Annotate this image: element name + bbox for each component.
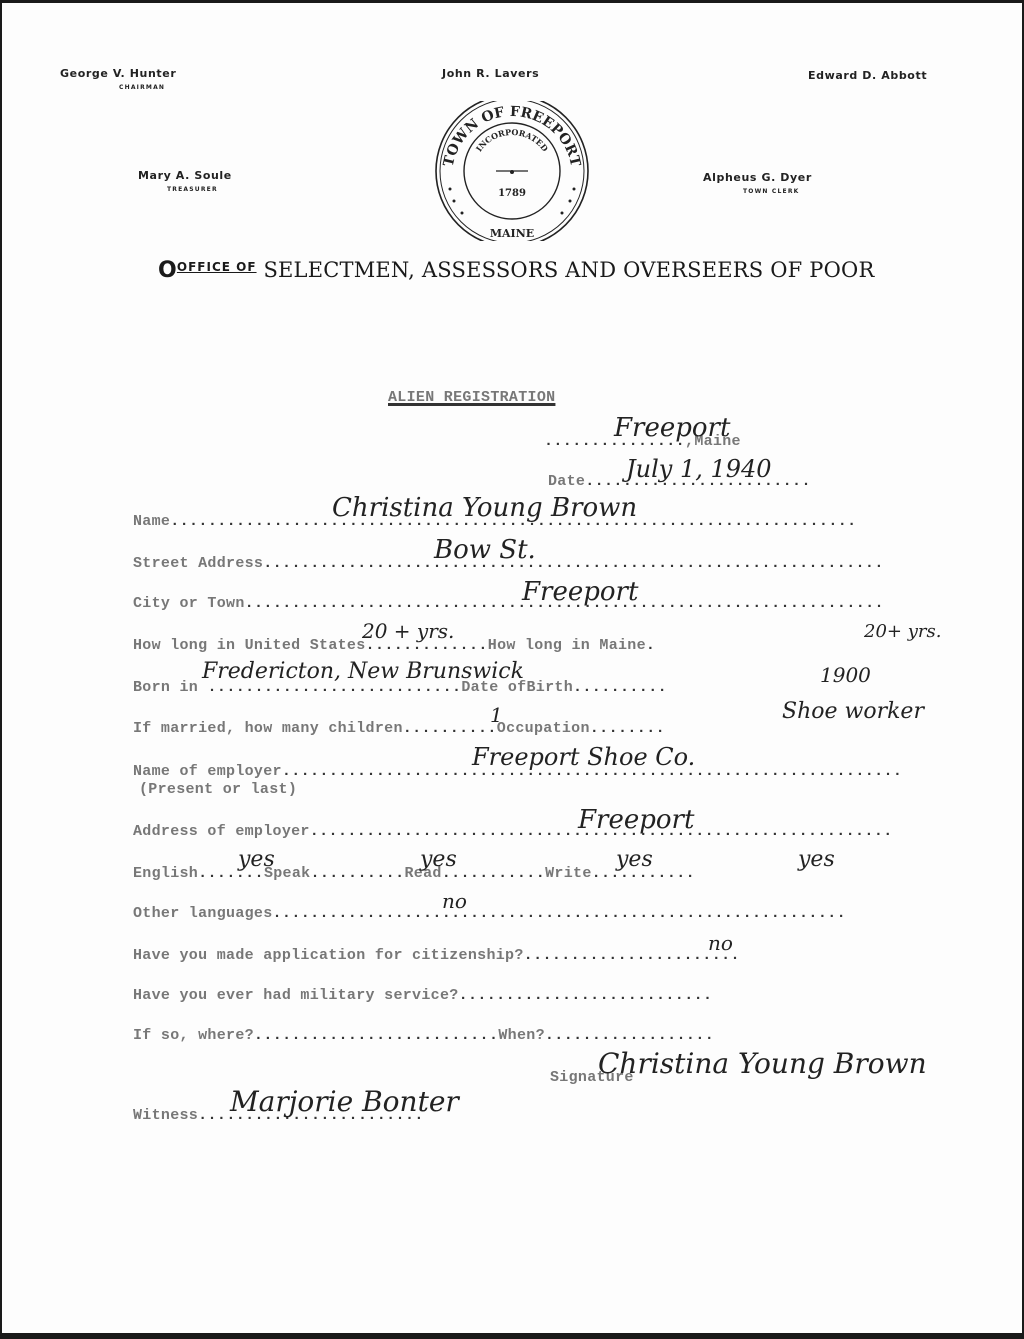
read-value: yes: [616, 847, 653, 872]
officer-title-town-clerk: Town Clerk: [743, 188, 800, 195]
employer-value: Freeport Shoe Co.: [472, 743, 695, 771]
how-long-maine-value: 20+ yrs.: [864, 621, 941, 642]
field-employer-address: Address of employer.....................…: [133, 823, 893, 840]
officer-title-chairman: Chairman: [119, 84, 165, 91]
officer-name-town-clerk: Alpheus G. Dyer: [703, 171, 812, 184]
field-military: Have you ever had military service?.....…: [133, 987, 712, 1004]
officer-name-treasurer: Mary A. Soule: [138, 169, 232, 182]
speak-value: yes: [420, 847, 457, 872]
officer-name-abbott: Edward D. Abbott: [808, 69, 927, 82]
field-children-occupation: If married, how many children..........O…: [133, 720, 665, 737]
other-languages-value: no: [442, 889, 467, 913]
citizenship-value: no: [708, 931, 733, 955]
city-value: Freeport: [522, 577, 638, 607]
field-other-languages: Other languages.........................…: [133, 905, 846, 922]
field-city: City or Town............................…: [133, 595, 884, 612]
street-address-value: Bow St.: [434, 535, 536, 565]
field-where-when: If so, where?..........................W…: [133, 1027, 714, 1044]
officer-title-treasurer: Treasurer: [167, 186, 218, 193]
signature-value: Christina Young Brown: [598, 1047, 927, 1080]
field-citizenship: Have you made application for citizenshi…: [133, 947, 740, 964]
form-title: ALIEN REGISTRATION: [388, 389, 555, 406]
name-value: Christina Young Brown: [332, 493, 637, 523]
english-value: yes: [238, 847, 275, 872]
place-value: Freeport: [614, 413, 730, 443]
officer-name-chairman: George V. Hunter: [60, 67, 176, 80]
document-page: George V. Hunter Chairman John R. Lavers…: [2, 3, 1022, 1333]
officer-name-lavers: John R. Lavers: [442, 67, 539, 80]
children-value: 1: [490, 703, 503, 727]
employer-address-value: Freeport: [578, 805, 694, 835]
how-long-us-value: 20 + yrs.: [362, 619, 454, 643]
date-of-birth-value: 1900: [820, 663, 871, 687]
field-employer-sublabel: (Present or last): [139, 781, 297, 798]
date-value: July 1, 1940: [626, 455, 772, 483]
write-value: yes: [798, 847, 835, 872]
field-english: English.......Speak..........Read.......…: [133, 865, 695, 882]
svg-text:1789: 1789: [498, 188, 526, 199]
witness-value: Marjorie Bonter: [230, 1085, 459, 1118]
office-heading: OOFFICE OF Selectmen, Assessors and Over…: [158, 258, 878, 283]
born-in-value: Fredericton, New Brunswick: [202, 659, 524, 684]
svg-text:MAINE: MAINE: [490, 227, 534, 240]
town-seal-icon: TOWN OF FREEPORT INCORPORATED 1789 MAINE: [432, 101, 592, 241]
occupation-value: Shoe worker: [782, 699, 924, 724]
